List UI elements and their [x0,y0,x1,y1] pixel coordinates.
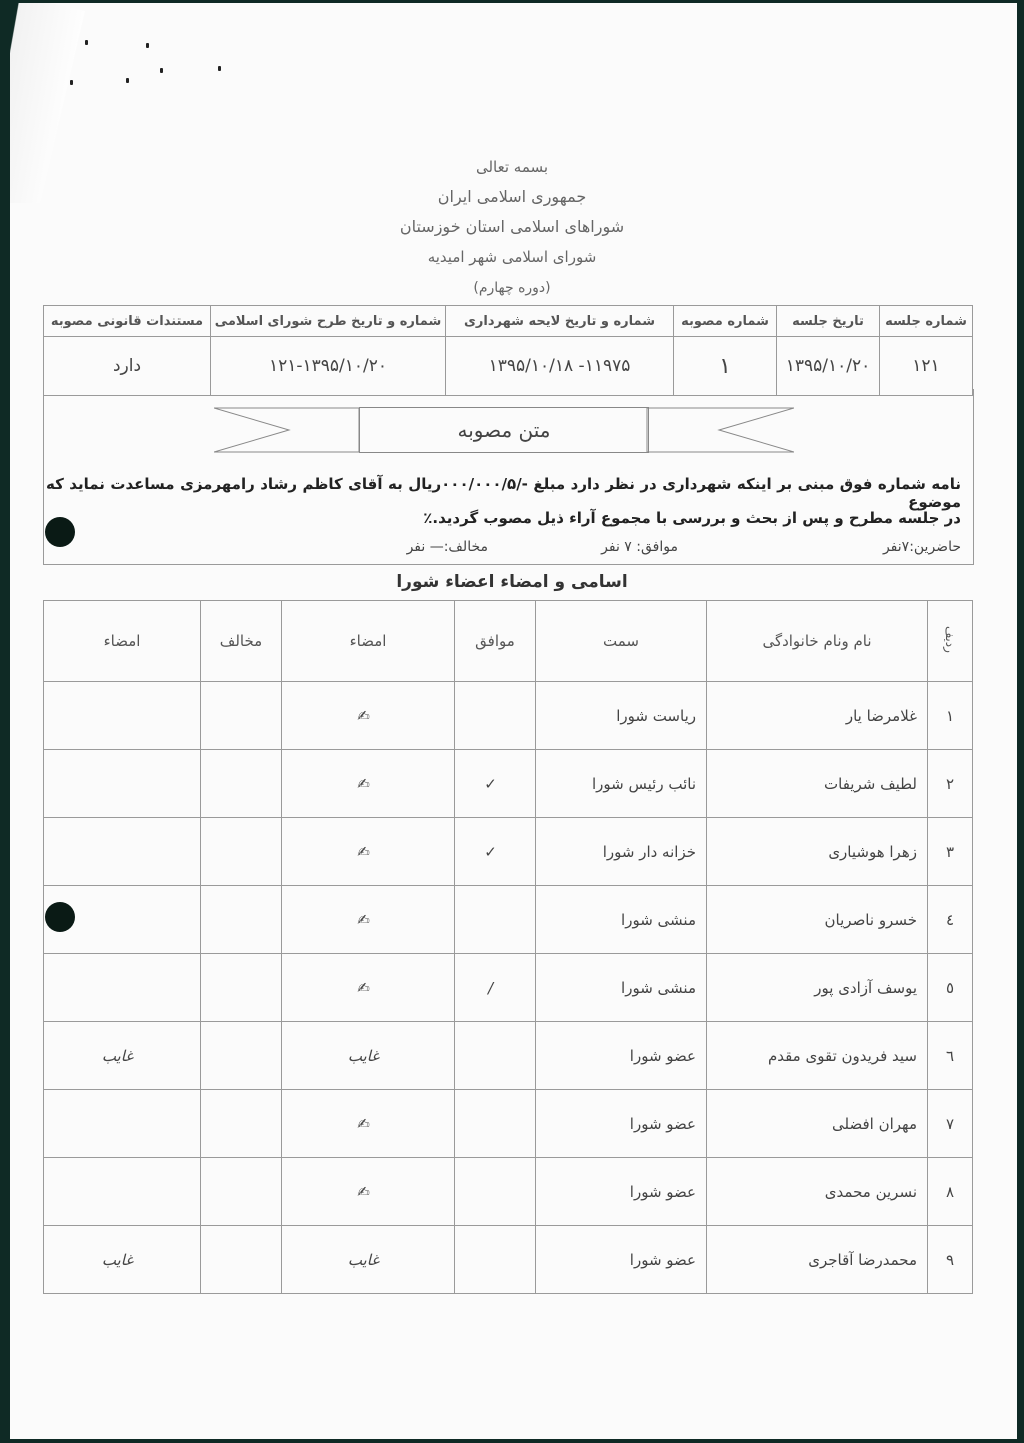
oppose-mark [201,750,282,818]
speck [70,80,73,85]
member-role: عضو شورا [536,1090,707,1158]
punch-hole [45,517,75,547]
resolution-box: متن مصوبه نامه شماره فوق مبنی بر اینکه ش… [43,389,974,565]
row-number: ۳ [928,818,973,886]
row-number: ۸ [928,1158,973,1226]
municipality-bill: ۱۱۹۷۵- ۱۳۹۵/۱۰/۱۸ [446,337,674,396]
col-name: نام ونام خانوادگی [707,601,928,682]
col-municipality-bill: شماره و تاریخ لایحه شهرداری [446,306,674,337]
agree-mark: / [455,954,536,1022]
signature-2 [44,886,201,954]
signature: غایب [282,1226,455,1294]
agree-mark: ✓ [455,750,536,818]
col-agree: موافق [455,601,536,682]
session-number: ۱۲۱ [880,337,973,396]
signature-2 [44,682,201,750]
agree-mark [455,886,536,954]
member-role: عضو شورا [536,1226,707,1294]
oppose-mark [201,1022,282,1090]
present-label: حاضرین: [909,539,961,555]
member-role: منشی شورا [536,954,707,1022]
row-number: ۷ [928,1090,973,1158]
folded-corner [10,3,90,213]
row-number: ۱ [928,682,973,750]
resolution-number: ۱ [674,337,777,396]
oppose-value: — نفر [407,539,444,555]
col-legal-basis: مستندات قانونی مصوبه [44,306,211,337]
header-line-3: شوراهای اسلامی استان خوزستان [0,217,1024,236]
table-row: ٤خسرو ناصریانمنشی شورا✍ [44,886,973,954]
agree-mark [455,682,536,750]
member-name: غلامرضا یار [707,682,928,750]
signature-2 [44,1158,201,1226]
signature-2 [44,954,201,1022]
signature-2 [44,1090,201,1158]
agree-label: موافق: [636,539,678,555]
member-role: خزانه دار شورا [536,818,707,886]
oppose-mark [201,818,282,886]
resolution-banner: متن مصوبه [214,407,794,453]
signature: ✍ [282,1158,455,1226]
present-value: ۷نفر [883,539,909,555]
member-name: محمدرضا آقاجری [707,1226,928,1294]
member-name: یوسف آزادی پور [707,954,928,1022]
member-name: مهران افضلی [707,1090,928,1158]
agree-mark: ✓ [455,818,536,886]
table-row: ۷مهران افضلیعضو شورا✍ [44,1090,973,1158]
col-resolution-number: شماره مصوبه [674,306,777,337]
resolution-text-line-2: در جلسه مطرح و پس از بحث و بررسی با مجمو… [46,509,961,527]
member-role: عضو شورا [536,1022,707,1090]
agree-mark [455,1022,536,1090]
table-row: ۸نسرین محمدیعضو شورا✍ [44,1158,973,1226]
members-title: اسامی و امضاء اعضاء شورا [0,572,1024,592]
table-row: ۳زهرا هوشیاریخزانه دار شورا✓✍ [44,818,973,886]
member-name: سید فریدون تقوی مقدم [707,1022,928,1090]
table-row: ۱غلامرضا یارریاست شورا✍ [44,682,973,750]
member-role: عضو شورا [536,1158,707,1226]
row-number: ٥ [928,954,973,1022]
col-signature-2: امضاء [44,601,201,682]
table-row: ۹محمدرضا آقاجریعضو شوراغایبغایب [44,1226,973,1294]
row-number: ۹ [928,1226,973,1294]
row-number: ۲ [928,750,973,818]
oppose-mark [201,886,282,954]
speck [146,43,149,48]
header-line-4: شورای اسلامی شهر امیدیه [0,248,1024,266]
oppose-mark [201,1158,282,1226]
resolution-title: متن مصوبه [359,407,649,453]
speck [85,40,88,45]
oppose-mark [201,1226,282,1294]
signature: ✍ [282,682,455,750]
legal-basis: دارد [44,337,211,396]
member-name: نسرین محمدی [707,1158,928,1226]
col-row: ردیف [928,601,973,682]
signature: غایب [282,1022,455,1090]
member-name: خسرو ناصریان [707,886,928,954]
oppose-mark [201,1090,282,1158]
row-number: ٤ [928,886,973,954]
signature: ✍ [282,818,455,886]
signature-2: غایب [44,1022,201,1090]
session-date: ۱۳۹۵/۱۰/۲۰ [777,337,880,396]
member-name: لطیف شریفات [707,750,928,818]
oppose-mark [201,954,282,1022]
oppose-count: مخالف:— نفر [407,539,488,555]
row-number: ٦ [928,1022,973,1090]
signature-2: غایب [44,1226,201,1294]
members-table: ردیف نام ونام خانوادگی سمت موافق امضاء م… [43,600,973,1294]
col-oppose: مخالف [201,601,282,682]
member-name: زهرا هوشیاری [707,818,928,886]
header-line-1: بسمه تعالی [0,158,1024,176]
col-council-plan: شماره و تاریخ طرح شورای اسلامی [211,306,446,337]
col-row-label: ردیف [943,626,957,653]
member-role: منشی شورا [536,886,707,954]
col-role: سمت [536,601,707,682]
col-session-date: تاریخ جلسه [777,306,880,337]
agree-mark [455,1158,536,1226]
present-count: حاضرین:۷نفر [883,539,961,555]
signature-2 [44,818,201,886]
signature: ✍ [282,954,455,1022]
col-session-number: شماره جلسه [880,306,973,337]
speck [160,68,163,73]
signature-2 [44,750,201,818]
member-role: نائب رئیس شورا [536,750,707,818]
oppose-mark [201,682,282,750]
agree-value: ۷ نفر [601,539,632,555]
table-row: ٦سید فریدون تقوی مقدمعضو شوراغایبغایب [44,1022,973,1090]
signature: ✍ [282,886,455,954]
table-row: ۲لطیف شریفاتنائب رئیس شورا✓✍ [44,750,973,818]
signature: ✍ [282,1090,455,1158]
col-signature: امضاء [282,601,455,682]
speck [126,78,129,83]
resolution-text-line-1: نامه شماره فوق مبنی بر اینکه شهرداری در … [46,475,961,511]
header-line-5: (دوره چهارم) [0,280,1024,296]
agree-count: موافق: ۷ نفر [601,539,678,555]
signature: ✍ [282,750,455,818]
agree-mark [455,1090,536,1158]
council-plan: ۱۲۱-۱۳۹۵/۱۰/۲۰ [211,337,446,396]
session-info-table: شماره جلسه تاریخ جلسه شماره مصوبه شماره … [43,305,973,396]
speck [218,66,221,71]
member-role: ریاست شورا [536,682,707,750]
agree-mark [455,1226,536,1294]
oppose-label: مخالف: [444,539,488,555]
table-row: ٥یوسف آزادی پورمنشی شورا/✍ [44,954,973,1022]
header-line-2: جمهوری اسلامی ایران [0,187,1024,206]
